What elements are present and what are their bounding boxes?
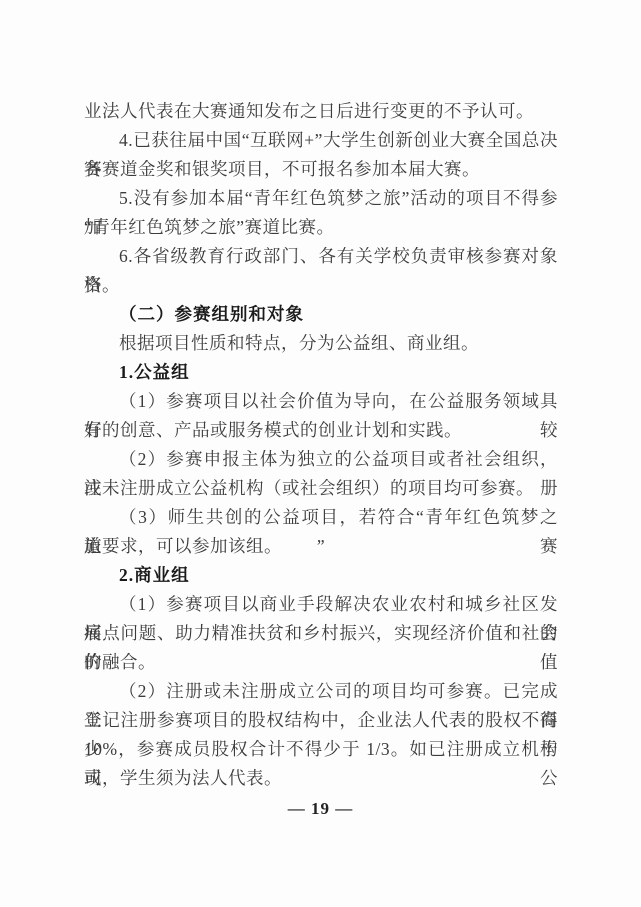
document-page: 业法人代表在大赛通知发布之日后进行变更的不予认可。 4.已获往届中国“互联网+”… — [0, 0, 641, 907]
text-line: “青年红色筑梦之旅”赛道比赛。 — [84, 213, 558, 242]
text-line: 根据项目性质和特点，分为公益组、商业组。 — [84, 329, 558, 358]
list-item-2-public: （2）参赛申报主体为独立的公益项目或者社会组织，注册 — [84, 445, 558, 474]
text-line: 或未注册成立公益机构（或社会组织）的项目均可参赛。 — [84, 474, 558, 503]
text-line: 10%，参赛成员股权合计不得少于 1/3。如已注册成立机构或公 — [84, 735, 558, 764]
list-item-3-public: （3）师生共创的公益项目，若符合“青年红色筑梦之旅”赛 — [84, 503, 558, 532]
page-number: — 19 — — [0, 799, 641, 819]
group-heading-commercial: 2.商业组 — [84, 561, 558, 590]
text-line: 格。 — [84, 271, 558, 300]
document-body: 业法人代表在大赛通知发布之日后进行变更的不予认可。 4.已获往届中国“互联网+”… — [84, 97, 558, 793]
list-item-6: 6.各省级教育行政部门、各有关学校负责审核参赛对象资 — [84, 242, 558, 271]
text-line: 登记注册参赛项目的股权结构中，企业法人代表的股权不得少于 — [84, 706, 558, 735]
list-item-1-commercial: （1）参赛项目以商业手段解决农业农村和城乡社区发展的 — [84, 590, 558, 619]
text-line: 痛点问题、助力精准扶贫和乡村振兴，实现经济价值和社会价值 — [84, 619, 558, 648]
list-item-2-commercial: （2）注册或未注册成立公司的项目均可参赛。已完成工商 — [84, 677, 558, 706]
list-item-1-public: （1）参赛项目以社会价值为导向，在公益服务领域具有较 — [84, 387, 558, 416]
section-heading-groups: （二）参赛组别和对象 — [84, 300, 558, 329]
text-line: 业法人代表在大赛通知发布之日后进行变更的不予认可。 — [84, 97, 558, 126]
text-line: 各赛道金奖和银奖项目，不可报名参加本届大赛。 — [84, 155, 558, 184]
group-heading-public: 1.公益组 — [84, 358, 558, 387]
list-item-4: 4.已获往届中国“互联网+”大学生创新创业大赛全国总决赛 — [84, 126, 558, 155]
list-item-5: 5.没有参加本届“青年红色筑梦之旅”活动的项目不得参加 — [84, 184, 558, 213]
